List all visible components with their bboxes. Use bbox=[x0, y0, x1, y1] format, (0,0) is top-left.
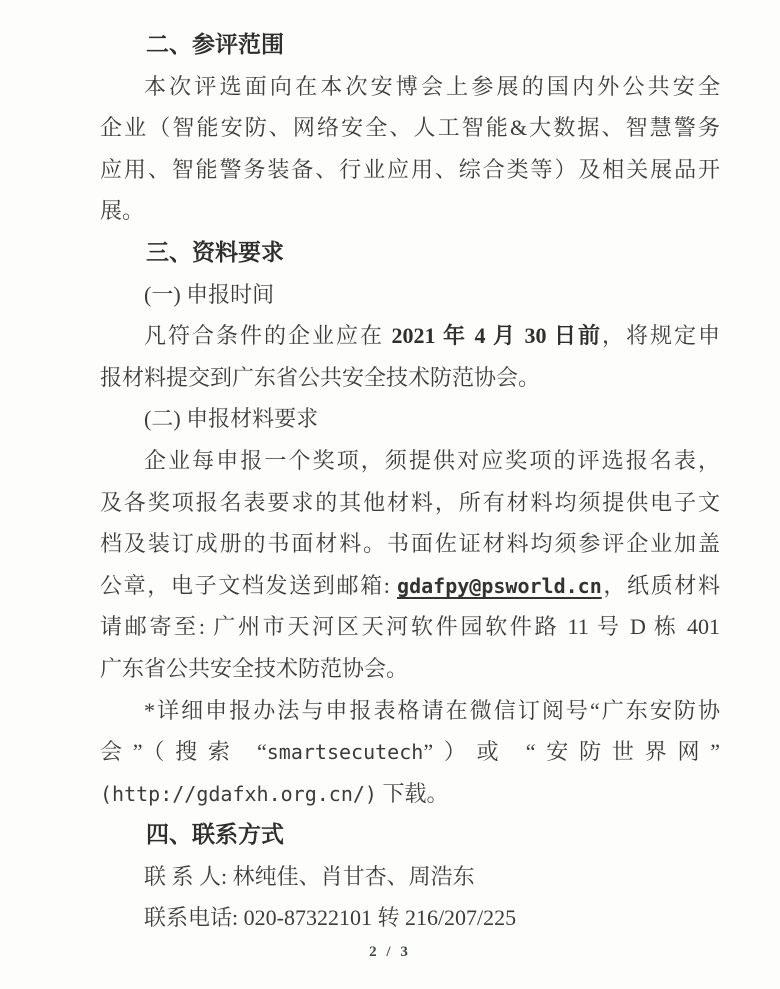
email-label: 公章，电子文档发送到邮箱: bbox=[100, 573, 397, 598]
note-line-2: 会”（搜索 “smartsecutech”）或 “安防世界网” bbox=[100, 731, 720, 773]
scope-line-1: 本次评选面向在本次安博会上参展的国内外公共安全 bbox=[100, 66, 720, 108]
mailing-address-line-2: 广东省公共安全技术防范协会。 bbox=[100, 648, 720, 690]
materials-line-2: 及各奖项报名表要求的其他材料，所有材料均须提供电子文 bbox=[100, 482, 720, 524]
deadline-line-1: 凡符合条件的企业应在 2021 年 4 月 30 日前，将规定申 bbox=[100, 315, 720, 357]
url-paren-open: ( bbox=[100, 782, 112, 806]
email-address: gdafpy@psworld.cn bbox=[397, 574, 602, 598]
website-url: http://gdafxh.org.cn/ bbox=[112, 782, 365, 806]
scope-line-2: 企业（智能安防、网络安全、人工智能&大数据、智慧警务 bbox=[100, 107, 720, 149]
mailing-address-line-1: 请邮寄至: 广州市天河区天河软件园软件路 11 号 D 栋 401 bbox=[100, 606, 720, 648]
section-heading-requirements: 三、资料要求 bbox=[100, 232, 720, 274]
materials-line-3: 档及装订成册的书面材料。书面佐证材料均须参评企业加盖 bbox=[100, 523, 720, 565]
deadline-text-post: ，将规定申 bbox=[602, 323, 720, 348]
page-number: 2 / 3 bbox=[0, 944, 780, 961]
note-line-3: (http://gdafxh.org.cn/) 下载。 bbox=[100, 773, 720, 815]
email-text-post: ，纸质材料 bbox=[602, 573, 720, 598]
wechat-account-name: smartsecutech bbox=[267, 740, 424, 764]
scope-line-4: 展。 bbox=[100, 190, 720, 232]
section-heading-scope: 二、参评范围 bbox=[100, 24, 720, 66]
scope-line-3: 应用、智能警务装备、行业应用、综合类等）及相关展品开 bbox=[100, 149, 720, 191]
note-text-post: ”）或 “安防世界网” bbox=[423, 739, 720, 764]
note-line-1: *详细申报办法与申报表格请在微信订阅号“广东安防协 bbox=[100, 690, 720, 732]
materials-line-4: 公章，电子文档发送到邮箱: gdafpy@psworld.cn，纸质材料 bbox=[100, 565, 720, 607]
deadline-date: 2021 年 4 月 30 日前 bbox=[391, 323, 601, 348]
document-page: 二、参评范围 本次评选面向在本次安博会上参展的国内外公共安全 企业（智能安防、网… bbox=[0, 0, 780, 989]
contact-phone-line: 联系电话: 020-87322101 转 216/207/225 bbox=[100, 897, 720, 939]
subheading-material-requirements: (二) 申报材料要求 bbox=[100, 398, 720, 440]
url-paren-close: ) bbox=[365, 782, 377, 806]
deadline-line-2: 报材料提交到广东省公共安全技术防范协会。 bbox=[100, 357, 720, 399]
contact-person-line: 联 系 人: 林纯佳、肖甘杏、周浩东 bbox=[100, 856, 720, 898]
document-body: 二、参评范围 本次评选面向在本次安博会上参展的国内外公共安全 企业（智能安防、网… bbox=[100, 24, 720, 939]
deadline-text-pre: 凡符合条件的企业应在 bbox=[144, 323, 391, 348]
subheading-application-time: (一) 申报时间 bbox=[100, 274, 720, 316]
section-heading-contact: 四、联系方式 bbox=[100, 814, 720, 856]
download-text: 下载。 bbox=[377, 781, 449, 806]
note-text-pre: 会”（搜索 “ bbox=[100, 739, 267, 764]
materials-line-1: 企业每申报一个奖项，须提供对应奖项的评选报名表， bbox=[100, 440, 720, 482]
